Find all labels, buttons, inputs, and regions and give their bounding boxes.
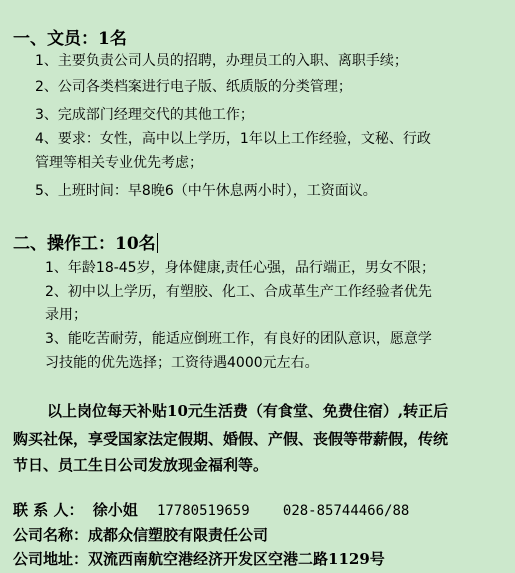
company-address-label: 公司地址： — [13, 550, 88, 568]
section-heading-clerk: 一、文员：1名 — [13, 29, 127, 49]
company-address: 双流西南航空港经济开发区空港二路1129号 — [88, 550, 385, 568]
list-item: 2、初中以上学历，有塑胶、化工、合成革生产工作经验者优先 — [45, 284, 432, 301]
list-item: 4、要求：女性，高中以上学历，1年以上工作经验，文秘、行政 — [35, 131, 431, 148]
list-item: 2、公司各类档案进行电子版、纸质版的分类管理； — [35, 79, 352, 96]
company-name: 成都众信塑胶有限责任公司 — [88, 526, 268, 544]
contact-person-name: 徐小姐 — [93, 501, 138, 519]
text-cursor — [157, 233, 158, 253]
benefits-line: 购买社保，享受国家法定假期、婚假、产假、丧假等带薪假，传统 — [13, 431, 448, 448]
list-item: 1、年龄18-45岁，身体健康,责任心强，品行端正，男女不限； — [45, 260, 435, 277]
heading-text: 二、操作工：10名 — [13, 234, 156, 254]
contact-person-row: 联 系 人： 徐小姐 17780519659 028-85744466/88 — [13, 502, 409, 520]
benefits-line: 节日、员工生日公司发放现金福利等。 — [13, 457, 268, 474]
benefits-line: 以上岗位每天补贴10元生活费（有食堂、免费住宿）,转正后 — [47, 403, 448, 420]
list-item: 3、能吃苦耐劳，能适应倒班工作，有良好的团队意识，愿意学 — [45, 331, 432, 348]
company-name-row: 公司名称：成都众信塑胶有限责任公司 — [13, 527, 268, 544]
job-posting-document: 一、文员：1名 1、主要负责公司人员的招聘，办理员工的入职、离职手续； 2、公司… — [0, 0, 515, 573]
company-address-row: 公司地址：双流西南航空港经济开发区空港二路1129号 — [13, 551, 385, 568]
list-item: 1、主要负责公司人员的招聘，办理员工的入职、离职手续； — [35, 53, 408, 70]
list-item: 录用； — [45, 307, 87, 324]
list-item: 3、完成部门经理交代的其他工作； — [35, 107, 254, 124]
list-item: 5、上班时间：早8晚6（中午休息两小时），工资面议。 — [35, 183, 377, 200]
list-item: 习技能的优先选择；工资待遇4000元左右。 — [45, 355, 319, 372]
company-name-label: 公司名称： — [13, 526, 88, 544]
contact-phone: 028-85744466/88 — [283, 503, 409, 519]
contact-person-label: 联 系 人： — [13, 501, 83, 519]
list-item: 管理等相关专业优先考虑； — [35, 155, 203, 172]
section-heading-operator: 二、操作工：10名 — [13, 233, 158, 254]
contact-mobile: 17780519659 — [157, 503, 250, 519]
